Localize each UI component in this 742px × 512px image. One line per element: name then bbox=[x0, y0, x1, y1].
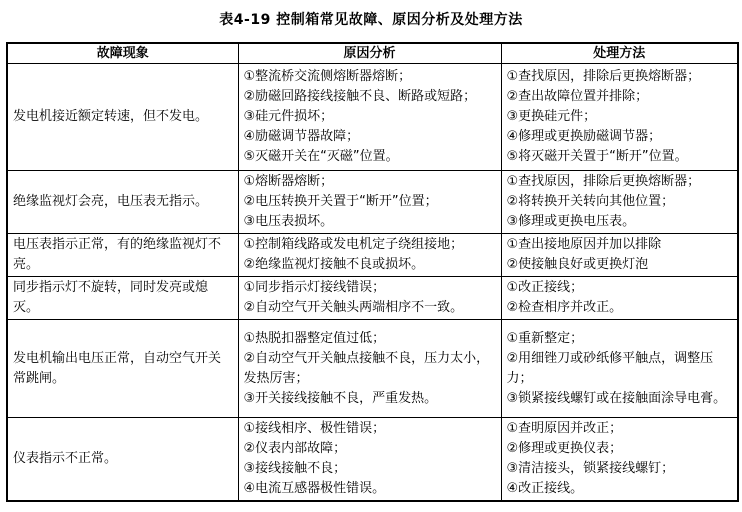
solution-item: ③更换硅元件； bbox=[507, 107, 733, 127]
table-row: 仪表指示不正常。 ①接线相序、极性错误； ②仪表内部故障； ③接线接触不良； ④… bbox=[7, 418, 738, 502]
cause-item: ①整流桥交流侧熔断器熔断； bbox=[244, 67, 496, 87]
cause-item: ②自动空气开关触头两端相序不一致。 bbox=[244, 298, 496, 318]
solution-item: ②检查相序并改正。 bbox=[507, 298, 733, 318]
fault-phenomenon: 发电机输出电压正常，自动空气开关常跳闸。 bbox=[7, 320, 238, 418]
solution-item: ②修理或更换仪表； bbox=[507, 439, 733, 459]
fault-phenomenon: 绝缘监视灯会亮，电压表无指示。 bbox=[7, 171, 238, 234]
solution-item: ①重新整定； bbox=[507, 329, 733, 349]
document-page: { "title": "表4-19 控制箱常见故障、原因分析及处理方法", "t… bbox=[0, 0, 742, 512]
cause-item: ①控制箱线路或发电机定子绕组接地； bbox=[244, 235, 496, 255]
solution-item: ④改正接线。 bbox=[507, 479, 733, 499]
header-cause-analysis: 原因分析 bbox=[238, 43, 501, 64]
cause-item: ②绝缘监视灯接触不良或损坏。 bbox=[244, 255, 496, 275]
table-title: 表4-19 控制箱常见故障、原因分析及处理方法 bbox=[0, 0, 742, 29]
header-row: 故障现象 原因分析 处理方法 bbox=[7, 43, 738, 64]
cause-cell: ①整流桥交流侧熔断器熔断； ②励磁回路接线接触不良、断路或短路； ③硅元件损坏；… bbox=[238, 64, 501, 171]
solution-item: ⑤将灭磁开关置于“断开”位置。 bbox=[507, 147, 733, 167]
cause-cell: ①控制箱线路或发电机定子绕组接地； ②绝缘监视灯接触不良或损坏。 bbox=[238, 234, 501, 277]
cause-cell: ①同步指示灯接线错误； ②自动空气开关触头两端相序不一致。 bbox=[238, 277, 501, 320]
cause-item: ②仪表内部故障； bbox=[244, 439, 496, 459]
solution-item: ②使接触良好或更换灯泡 bbox=[507, 255, 733, 275]
fault-phenomenon: 电压表指示正常，有的绝缘监视灯不亮。 bbox=[7, 234, 238, 277]
cause-item: ②励磁回路接线接触不良、断路或短路； bbox=[244, 87, 496, 107]
solution-item: ②将转换开关转向其他位置； bbox=[507, 192, 733, 212]
cause-item: ④励磁调节器故障； bbox=[244, 127, 496, 147]
cause-item: ②自动空气开关触点接触不良，压力太小，发热厉害； bbox=[244, 349, 496, 389]
fault-phenomenon: 同步指示灯不旋转，同时发亮或熄灭。 bbox=[7, 277, 238, 320]
solution-cell: ①查找原因，排除后更换熔断器； ②将转换开关转向其他位置； ③修理或更换电压表。 bbox=[501, 171, 738, 234]
cause-item: ③开关接线接触不良，严重发热。 bbox=[244, 389, 496, 409]
cause-item: ②电压转换开关置于“断开”位置； bbox=[244, 192, 496, 212]
solution-item: ①查找原因，排除后更换熔断器； bbox=[507, 67, 733, 87]
solution-item: ③锁紧接线螺钉或在接触面涂导电膏。 bbox=[507, 389, 733, 409]
cause-item: ③接线接触不良； bbox=[244, 459, 496, 479]
cause-item: ①热脱扣器整定值过低； bbox=[244, 329, 496, 349]
fault-phenomenon: 发电机接近额定转速，但不发电。 bbox=[7, 64, 238, 171]
solution-item: ②查出故障位置并排除； bbox=[507, 87, 733, 107]
fault-phenomenon: 仪表指示不正常。 bbox=[7, 418, 238, 502]
cause-cell: ①接线相序、极性错误； ②仪表内部故障； ③接线接触不良； ④电流互感器极性错误… bbox=[238, 418, 501, 502]
cause-cell: ①熔断器熔断； ②电压转换开关置于“断开”位置； ③电压表损坏。 bbox=[238, 171, 501, 234]
header-handling-method: 处理方法 bbox=[501, 43, 738, 64]
cause-item: ④电流互感器极性错误。 bbox=[244, 479, 496, 499]
solution-cell: ①查明原因并改正； ②修理或更换仪表； ③清洁接头，锁紧接线螺钉； ④改正接线。 bbox=[501, 418, 738, 502]
header-fault-phenomenon: 故障现象 bbox=[7, 43, 238, 64]
table-row: 绝缘监视灯会亮，电压表无指示。 ①熔断器熔断； ②电压转换开关置于“断开”位置；… bbox=[7, 171, 738, 234]
table-row: 发电机输出电压正常，自动空气开关常跳闸。 ①热脱扣器整定值过低； ②自动空气开关… bbox=[7, 320, 738, 418]
cause-item: ⑤灭磁开关在“灭磁”位置。 bbox=[244, 147, 496, 167]
cause-item: ③电压表损坏。 bbox=[244, 212, 496, 232]
solution-cell: ①查找原因，排除后更换熔断器； ②查出故障位置并排除； ③更换硅元件； ④修理或… bbox=[501, 64, 738, 171]
cause-item: ①同步指示灯接线错误； bbox=[244, 278, 496, 298]
solution-cell: ①改正接线； ②检查相序并改正。 bbox=[501, 277, 738, 320]
solution-item: ①查找原因，排除后更换熔断器； bbox=[507, 172, 733, 192]
solution-item: ①查出接地原因并加以排除 bbox=[507, 235, 733, 255]
solution-item: ①查明原因并改正； bbox=[507, 419, 733, 439]
table-row: 发电机接近额定转速，但不发电。 ①整流桥交流侧熔断器熔断； ②励磁回路接线接触不… bbox=[7, 64, 738, 171]
cause-item: ①熔断器熔断； bbox=[244, 172, 496, 192]
solution-item: ①改正接线； bbox=[507, 278, 733, 298]
fault-table: 故障现象 原因分析 处理方法 发电机接近额定转速，但不发电。 ①整流桥交流侧熔断… bbox=[6, 42, 739, 502]
solution-item: ②用细锉刀或砂纸修平触点，调整压力； bbox=[507, 349, 733, 389]
table-row: 电压表指示正常，有的绝缘监视灯不亮。 ①控制箱线路或发电机定子绕组接地； ②绝缘… bbox=[7, 234, 738, 277]
solution-item: ④修理或更换励磁调节器； bbox=[507, 127, 733, 147]
cause-cell: ①热脱扣器整定值过低； ②自动空气开关触点接触不良，压力太小，发热厉害； ③开关… bbox=[238, 320, 501, 418]
solution-item: ③修理或更换电压表。 bbox=[507, 212, 733, 232]
solution-cell: ①查出接地原因并加以排除 ②使接触良好或更换灯泡 bbox=[501, 234, 738, 277]
cause-item: ③硅元件损坏； bbox=[244, 107, 496, 127]
solution-item: ③清洁接头，锁紧接线螺钉； bbox=[507, 459, 733, 479]
table-row: 同步指示灯不旋转，同时发亮或熄灭。 ①同步指示灯接线错误； ②自动空气开关触头两… bbox=[7, 277, 738, 320]
solution-cell: ①重新整定； ②用细锉刀或砂纸修平触点，调整压力； ③锁紧接线螺钉或在接触面涂导… bbox=[501, 320, 738, 418]
cause-item: ①接线相序、极性错误； bbox=[244, 419, 496, 439]
